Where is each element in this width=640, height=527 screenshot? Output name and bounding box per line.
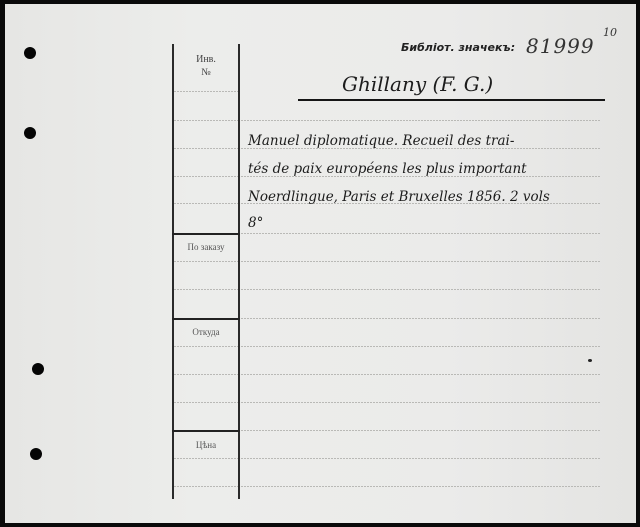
ruled-line — [241, 289, 601, 290]
ruled-line — [174, 458, 238, 459]
ruled-line — [174, 486, 238, 487]
ruled-line — [174, 203, 238, 204]
punch-hole — [24, 47, 36, 59]
price-label: Цѣна — [173, 440, 239, 450]
inventory-number-label: № — [173, 67, 239, 78]
section-divider — [172, 318, 240, 320]
ruled-line — [241, 374, 601, 375]
ruled-line — [174, 346, 238, 347]
library-mark-value: 81999 — [526, 34, 595, 58]
ruled-line — [241, 486, 601, 487]
ruled-line — [174, 91, 238, 92]
ruled-line — [241, 233, 601, 234]
ruled-line — [174, 374, 238, 375]
title-line: Manuel diplomatique. Recueil des trai- — [248, 133, 514, 149]
title-line: Noerdlingue, Paris et Bruxelles 1856. 2 … — [248, 189, 550, 205]
ruled-line — [174, 148, 238, 149]
title-line: tés de paix européens les plus important — [248, 161, 527, 177]
section-divider — [172, 430, 240, 432]
ruled-line — [174, 261, 238, 262]
ink-speck — [588, 359, 592, 362]
order-label: По заказу — [173, 242, 239, 252]
catalog-card: Инв. № По заказу Откуда Цѣна Библiот. зн… — [5, 4, 636, 523]
punch-hole — [30, 448, 42, 460]
ruled-line — [174, 120, 238, 121]
source-label: Откуда — [173, 327, 239, 337]
punch-hole — [32, 363, 44, 375]
title-line: 8° — [248, 215, 263, 231]
author-underline — [298, 99, 605, 101]
inventory-label: Инв. — [173, 54, 239, 65]
ruled-line — [241, 402, 601, 403]
library-mark-suffix: 10 — [603, 26, 617, 39]
ruled-line — [241, 346, 601, 347]
ruled-line — [241, 430, 601, 431]
punch-hole — [24, 127, 36, 139]
ruled-line — [241, 120, 601, 121]
ruled-line — [241, 458, 601, 459]
ruled-line — [174, 289, 238, 290]
author-heading: Ghillany (F. G.) — [342, 72, 493, 96]
ruled-line — [241, 261, 601, 262]
ruled-line — [241, 318, 601, 319]
library-mark-label: Библiот. значекъ: — [401, 41, 515, 54]
ruled-line — [174, 176, 238, 177]
section-divider — [172, 233, 240, 235]
ruled-line — [174, 402, 238, 403]
